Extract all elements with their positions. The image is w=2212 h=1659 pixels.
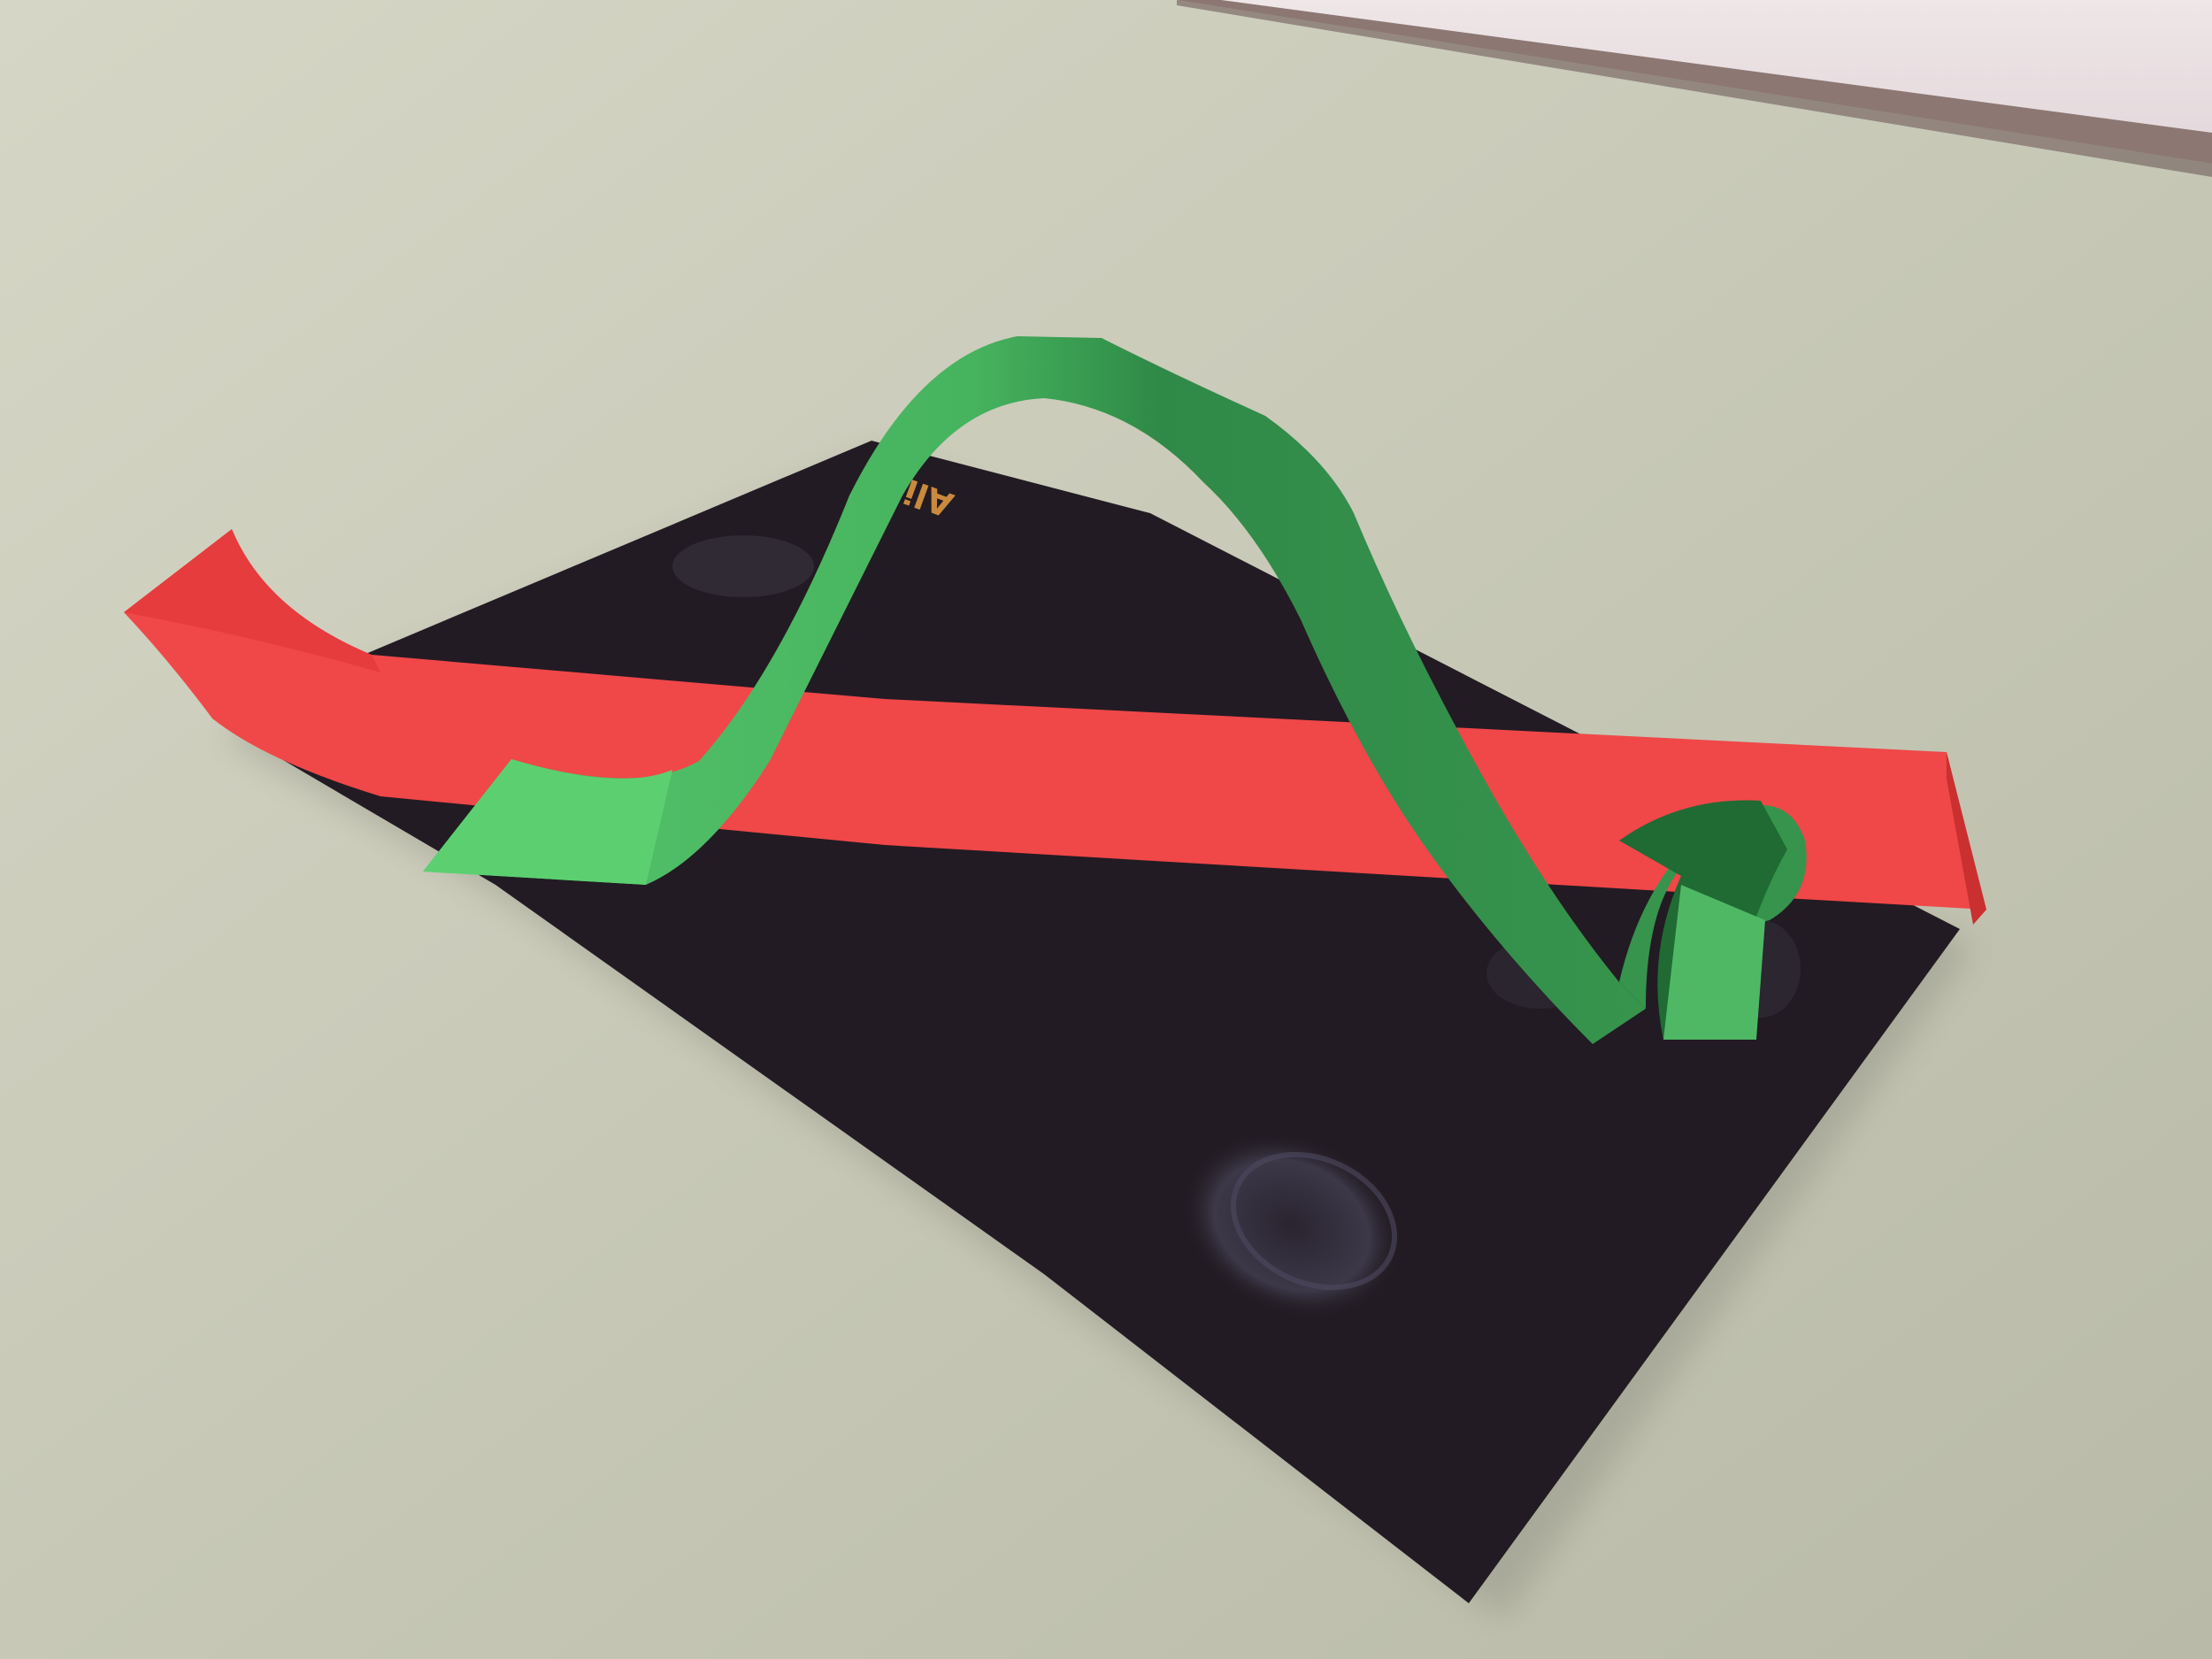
photo-scene: Alia (0, 0, 2212, 1659)
chalk-scuff-mark (672, 535, 814, 597)
